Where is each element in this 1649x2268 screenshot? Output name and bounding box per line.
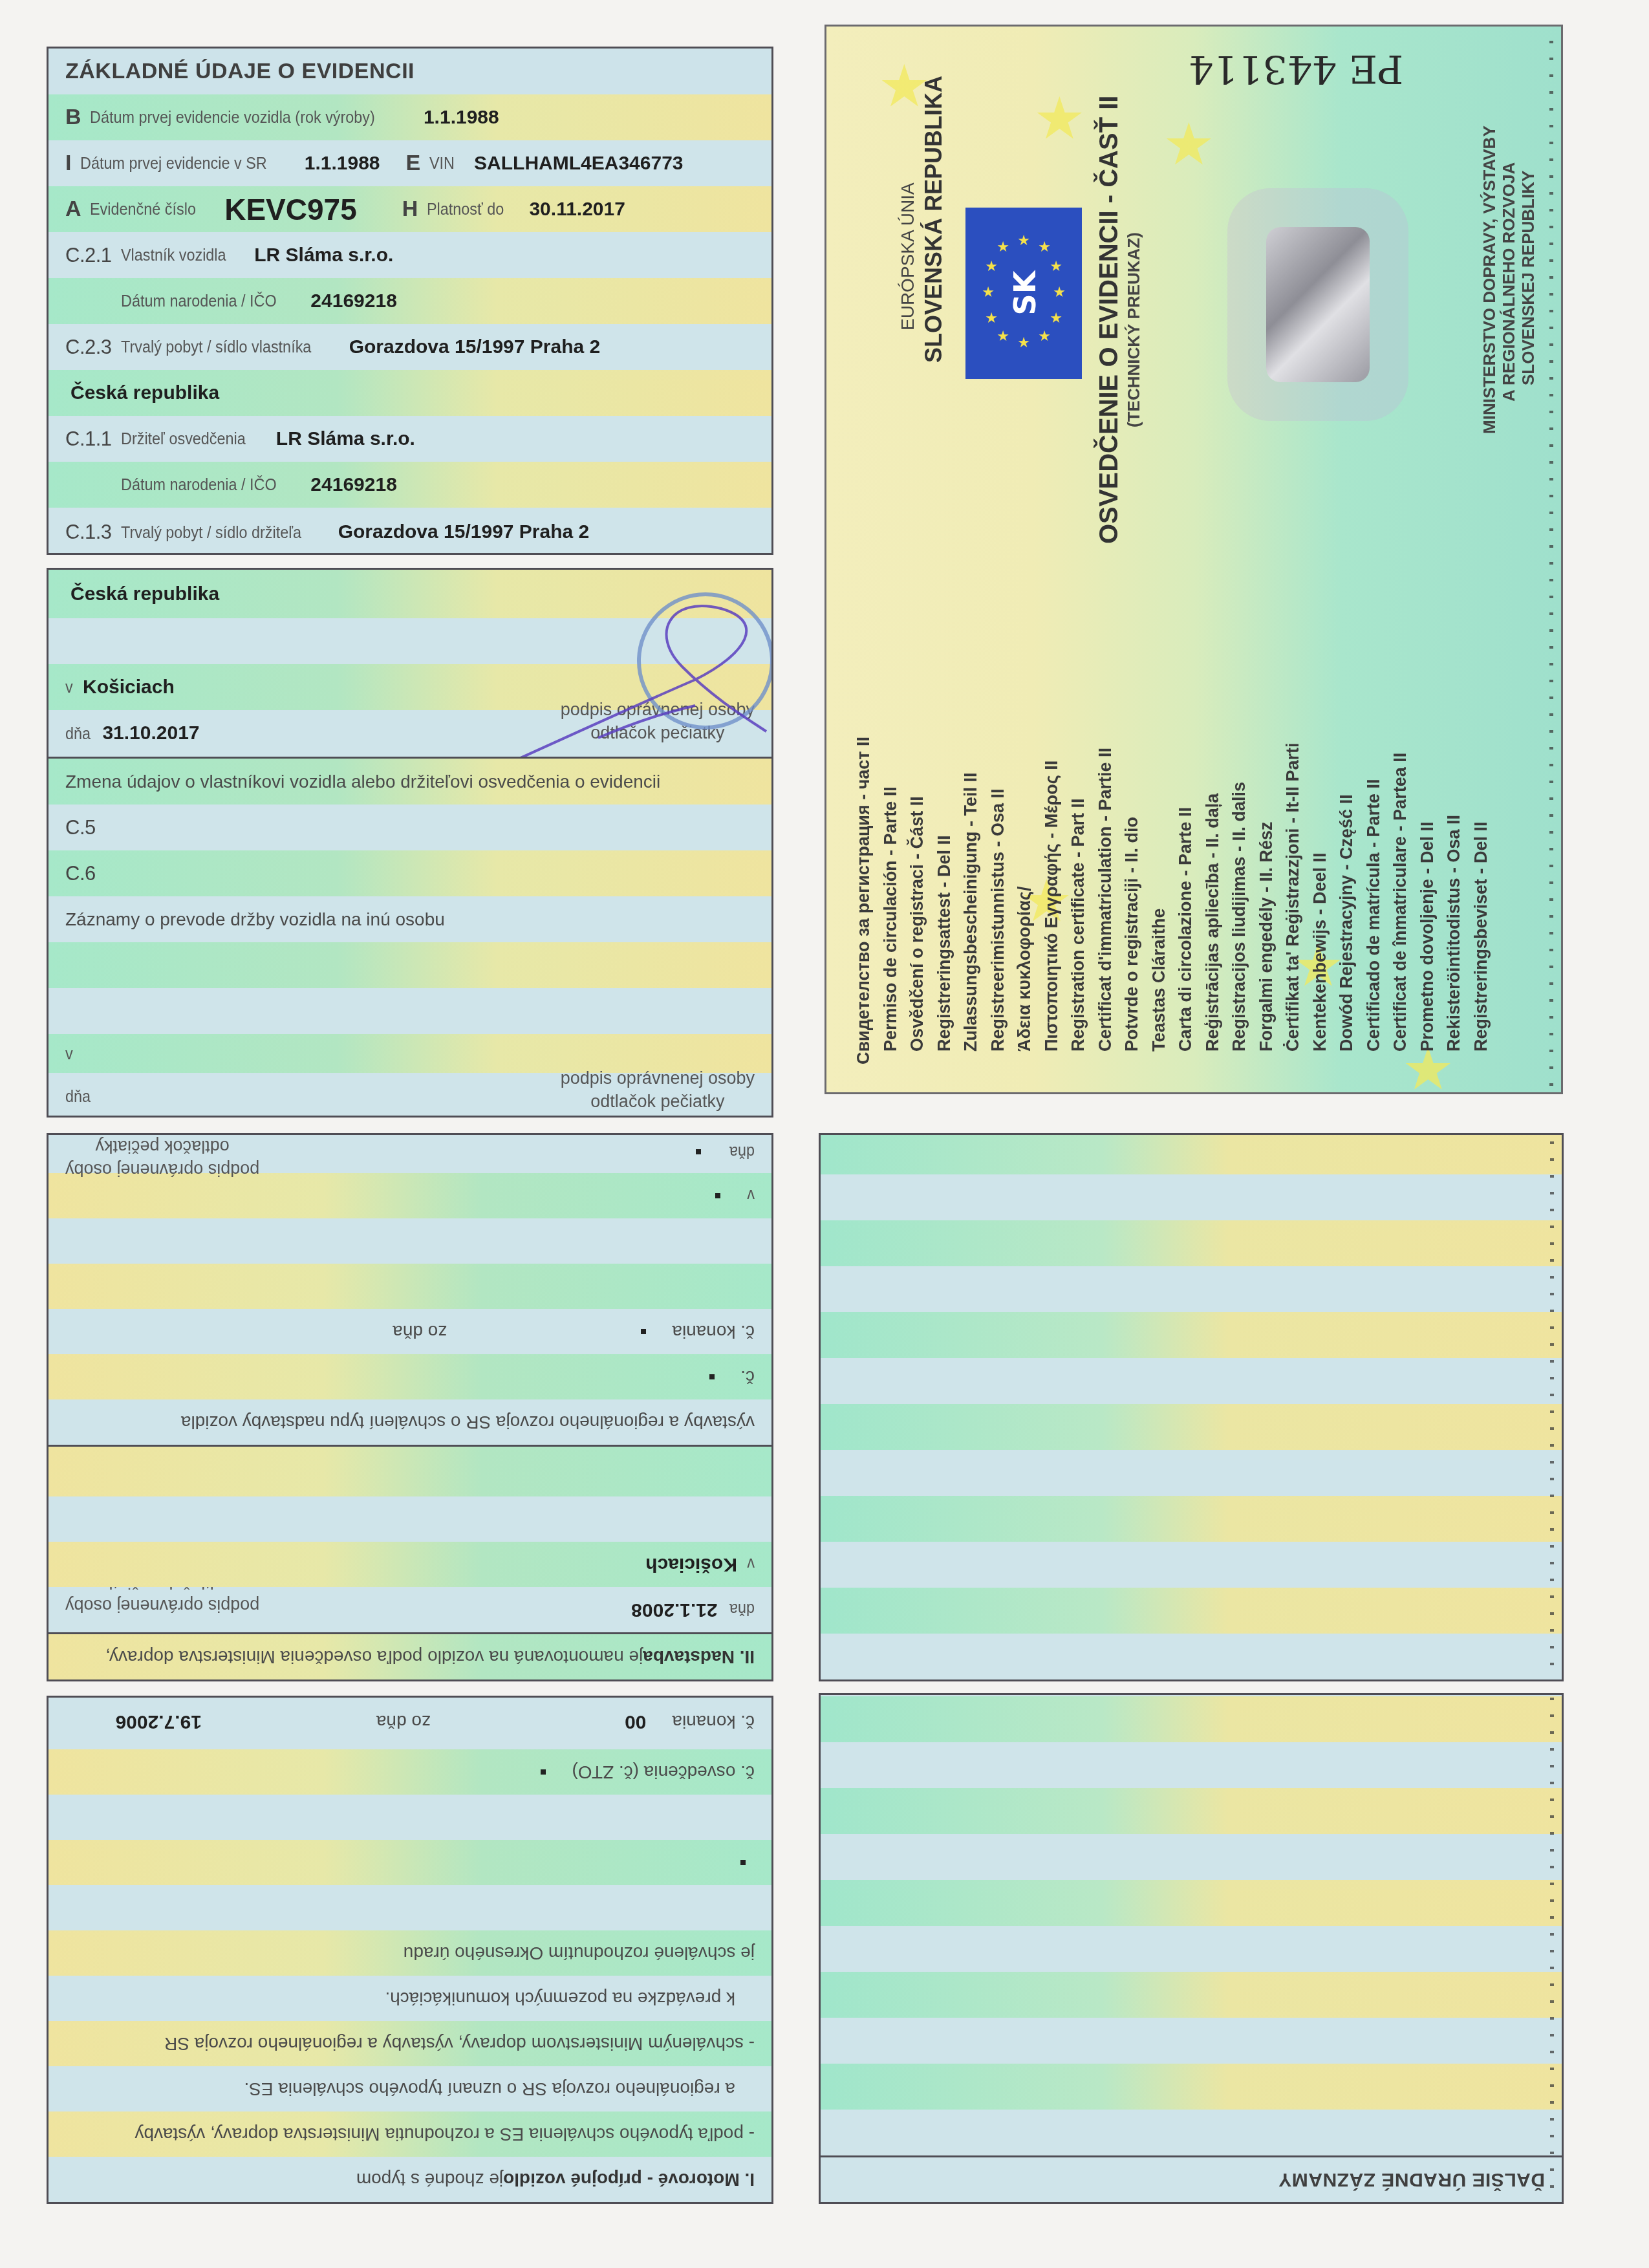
field-c13-row: C.1.3 Trvalý pobyt / sídlo držiteľa Gora… — [48, 508, 771, 555]
blank-record-row — [821, 1358, 1562, 1404]
svg-text:★: ★ — [997, 329, 1009, 345]
basic-data-header: ZÁKLADNÉ ÚDAJE O EVIDENCII — [48, 49, 771, 96]
stamp-line: odtlačok pečiatky — [561, 1090, 755, 1113]
approved-by: je schválené rozhodnutím Okresného úradu — [404, 1943, 755, 1963]
from-date-value: 19.7.2006 — [115, 1711, 201, 1733]
empty-value-marker — [709, 1374, 715, 1379]
nadstavba-place-row: v Košiciach — [48, 1542, 771, 1587]
nadstavba-line2: výstavby a regionálneho rozvoja SR o sch… — [181, 1412, 755, 1432]
nadstavba-empty-2 — [48, 1447, 771, 1496]
language-entry: Forgalmi engedély - II. Rész — [1256, 821, 1277, 1052]
owner-country: Česká republika — [70, 382, 219, 404]
other-records-panel-2: ĎALŠIE ÚRADNÉ ZÁZNAMY — [819, 1693, 1564, 2204]
language-entry: Свидетелство за регистрация - част II — [854, 737, 874, 1064]
language-entry: Ċertifikat ta' Reġistrazzjoni - It-II Pa… — [1283, 743, 1303, 1052]
language-entry: Carta di circolazione - Parte II — [1176, 807, 1196, 1052]
approved-row: je schválené rozhodnutím Okresného úradu — [48, 1930, 771, 1976]
type-empty-3 — [48, 1795, 771, 1840]
language-entry: Registreringsbeviset - Del II — [1471, 821, 1491, 1052]
blank-record-row — [821, 1312, 1562, 1358]
svg-text:★: ★ — [985, 259, 998, 275]
date-prefix: dňa — [729, 1600, 755, 1620]
nadstavba-empty-1 — [48, 1496, 771, 1542]
c6-row: C.6 — [48, 850, 771, 896]
field-code: C.2.3 — [65, 336, 112, 359]
blank-record-row — [821, 1972, 1562, 2018]
svg-text:SK: SK — [1008, 269, 1042, 315]
blank-record-row — [821, 1220, 1562, 1266]
field-code: C.1.3 — [65, 521, 112, 544]
cert-session-row: č. konania 00 zo dňa 19.7.2006 — [48, 1696, 771, 1749]
ministry-line-1: MINISTERSTVO DOPRAVY, VÝSTAVBY — [1480, 125, 1500, 434]
nadstavba-empty-4 — [48, 1218, 771, 1264]
svg-text:★: ★ — [1050, 259, 1062, 275]
language-entry: Registration certificate - Part II — [1068, 798, 1088, 1052]
blank-record-row — [821, 2064, 1562, 2110]
issue-date: 31.10.2017 — [102, 722, 199, 744]
bullet-2-cont: k prevádzke na pozemných komunikáciách. — [385, 1988, 735, 2009]
blank-record-row — [821, 1788, 1562, 1834]
signature-scribble — [501, 583, 773, 777]
blank-record-row — [821, 1404, 1562, 1450]
svg-text:★: ★ — [985, 310, 998, 327]
blank-record-row — [821, 1266, 1562, 1312]
signature-line: podpis oprávnenej osoby — [65, 1158, 259, 1182]
issue-change-panel: Česká republika v Košiciach dňa 31.10.20… — [47, 568, 773, 1118]
nadstavba-empty-3 — [48, 1264, 771, 1309]
language-entry: Dowód Rejestracyjny - Część II — [1337, 794, 1357, 1052]
first-registration-date: 1.1.1988 — [424, 107, 499, 129]
language-entry: Reģistrācijas apliecība - II. daļa — [1203, 794, 1223, 1052]
session-label: č. konania — [672, 1321, 755, 1342]
stamp-line: odtlačok pečiatky — [65, 1135, 259, 1158]
nadstavba-number-row: č. — [48, 1354, 771, 1399]
blank-record-row — [821, 1450, 1562, 1496]
language-entry: Rekisteröintitodistus - Osa II — [1444, 815, 1464, 1052]
blank-record-row — [821, 1588, 1562, 1634]
eu-flag-icon: ★★★ ★★★ ★★★ ★★★ SK — [965, 208, 1082, 379]
from-date-label: zo dňa — [393, 1321, 447, 1342]
field-code: C.2.1 — [65, 244, 112, 267]
field-c23-country-row: Česká republika — [48, 370, 771, 416]
language-entry: Πιστοποιητικό Εγγραφής - Μέρος II — [1042, 761, 1062, 1052]
language-entry: Teastas Cláraithe — [1149, 908, 1169, 1052]
field-label: Trvalý pobyt / sídlo vlastníka — [121, 337, 311, 357]
eu-star-icon: ★ — [1033, 85, 1086, 153]
blank-record-row — [821, 1693, 1562, 1696]
svg-text:★: ★ — [1038, 239, 1051, 255]
language-entry: Registreringsattest - Del II — [934, 835, 954, 1052]
blank-record-row — [821, 1133, 1562, 1174]
date-prefix: dňa — [65, 1086, 91, 1107]
svg-text:★: ★ — [982, 285, 995, 301]
svg-text:★: ★ — [997, 239, 1009, 255]
language-entry: Potvrde o registraciji - II. dio — [1122, 817, 1142, 1052]
transfer-signature-label: podpis oprávnenej osoby odtlačok pečiatk… — [561, 1066, 755, 1113]
from-date-label: zo dňa — [376, 1711, 431, 1732]
language-entry: Certificat d'immatriculation - Partie II — [1095, 748, 1115, 1052]
field-c11-row: C.1.1 Držiteľ osvedčenia LR Sláma s.r.o. — [48, 416, 771, 462]
holder-id: 24169218 — [310, 474, 396, 496]
serial-number: PE 443114 — [1189, 46, 1403, 91]
blank-record-row — [821, 1634, 1562, 1679]
type-heading-row: I. Motorové - prípojné vozidlo je zhodné… — [48, 2157, 771, 2202]
nadstavba-place: Košiciach — [645, 1553, 737, 1575]
language-entry: Prometno dovoljenje - Del II — [1417, 821, 1438, 1052]
field-code: B — [65, 105, 81, 130]
country-label: SLOVENSKÁ REPUBLIKA — [920, 76, 947, 363]
bullet2-row: - schváleným Ministerstvom dopravy, výst… — [48, 2021, 771, 2066]
type-empty-2 — [48, 1840, 771, 1885]
blank-record-row — [821, 1834, 1562, 1880]
svg-text:★: ★ — [1017, 335, 1030, 351]
language-entry: Registracijos liudijimas - II. dalis — [1229, 782, 1249, 1052]
field-c22-row: Dátum narodenia / IČO 24169218 — [48, 278, 771, 324]
basic-data-panel: ZÁKLADNÉ ÚDAJE O EVIDENCII B Dátum prvej… — [47, 47, 773, 555]
perforation-edge — [1550, 1135, 1554, 1679]
change-title-row: Zmena údajov o vlastníkovi vozidla alebo… — [48, 759, 771, 805]
date-prefix: dňa — [729, 1142, 755, 1162]
language-entry: Zulassungsbescheinigung - Teil II — [961, 772, 981, 1052]
bullet2b-row: k prevádzke na pozemných komunikáciách. — [48, 1976, 771, 2021]
field-c12-row: Dátum narodenia / IČO 24169218 — [48, 462, 771, 508]
language-entry: Certificat de înmatriculare - Partea II — [1390, 753, 1410, 1052]
language-entry: Certificado de matrícula - Parte II — [1364, 779, 1384, 1052]
field-label: Evidenčné číslo — [90, 199, 196, 219]
basic-data-title: ZÁKLADNÉ ÚDAJE O EVIDENCII — [65, 59, 415, 84]
first-registration-sr-date: 1.1.1988 — [305, 153, 380, 175]
blank-record-row — [821, 2110, 1562, 2155]
vehicle-type-panel: I. Motorové - prípojné vozidlo je zhodné… — [47, 1696, 773, 2204]
blank-record-row — [821, 2018, 1562, 2064]
bullet1-row: - podľa typového schválenia ES a rozhodn… — [48, 2111, 771, 2157]
nadstavba-line2-row: výstavby a regionálneho rozvoja SR o sch… — [48, 1399, 771, 1445]
cert-number-row: č. osvedčenia (č. ZTO) — [48, 1749, 771, 1795]
blank-record-row — [821, 1174, 1562, 1220]
place-prefix: v — [65, 1044, 73, 1064]
type-heading: I. Motorové - prípojné vozidlo — [503, 2169, 755, 2190]
document-title: OSVEDČENIE O EVIDENCII - ČASŤ II — [1095, 96, 1124, 544]
other-records-title: ĎALŠIE ÚRADNÉ ZÁZNAMY — [1278, 2169, 1545, 2191]
bullet-1-cont: a regionálneho rozvoja SR o uznaní typov… — [244, 2079, 735, 2099]
vin-value: SALLHAML4EA346773 — [474, 153, 683, 175]
nadstavba-heading: II. Nadstavba — [643, 1647, 755, 1667]
union-label: EURÓPSKA ÚNIA — [898, 182, 918, 330]
svg-text:★: ★ — [1050, 310, 1062, 327]
document-subtitle: (TECHNICKÝ PREUKAZ) — [1124, 232, 1144, 427]
holder-name: LR Sláma s.r.o. — [276, 428, 415, 450]
svg-text:★: ★ — [1053, 285, 1066, 301]
blank-record-row — [821, 1880, 1562, 1926]
empty-value-marker — [641, 1329, 646, 1334]
owner-name: LR Sláma s.r.o. — [254, 244, 393, 266]
owner-address: Gorazdova 15/1997 Praha 2 — [349, 336, 601, 358]
field-label: Držiteľ osvedčenia — [121, 429, 246, 449]
field-b-row: B Dátum prvej evidencie vozidla (rok výr… — [48, 94, 771, 140]
issue-country: Česká republika — [70, 583, 219, 605]
body-mounting-panel: II. Nadstavba je namontovaná na vozidlo … — [47, 1133, 773, 1681]
field-code: A — [65, 197, 81, 222]
svg-text:★: ★ — [1038, 329, 1051, 345]
blank-record-row — [821, 1926, 1562, 1972]
empty-value-marker — [541, 1769, 546, 1775]
field-code: C.1.1 — [65, 427, 112, 451]
date-prefix: dňa — [65, 724, 91, 744]
field-label: Dátum narodenia / IČO — [121, 291, 277, 311]
divider — [48, 1445, 771, 1447]
language-entry: Άδεια κυκλοφορίας/ — [1015, 887, 1035, 1052]
bullet-1: - podľa typového schválenia ES a rozhodn… — [135, 2124, 755, 2144]
session-value: 00 — [625, 1711, 646, 1733]
field-code-c6: C.6 — [65, 862, 96, 885]
language-entry: Kentekenbewijs - Deel II — [1310, 852, 1330, 1052]
change-title: Zmena údajov o vlastníkovi vozidla alebo… — [65, 772, 660, 792]
blank-record-row — [821, 1742, 1562, 1788]
nadstavba-signature-label-2: podpis oprávnenej osoby odtlačok pečiatk… — [65, 1135, 259, 1182]
field-code: I — [65, 151, 71, 176]
perforation-edge — [1549, 27, 1553, 1092]
field-label: Dátum prvej evidencie vozidla (rok výrob… — [90, 107, 375, 127]
language-entry: Osvědčení o registraci - Část II — [907, 796, 927, 1052]
c5-row: C.5 — [48, 805, 771, 850]
transfer-title-row: Záznamy o prevode držby vozidla na inú o… — [48, 896, 771, 942]
number-label: č. — [740, 1366, 755, 1387]
divider — [48, 1632, 771, 1634]
nadstavba-heading-row: II. Nadstavba je namontovaná na vozidlo … — [48, 1634, 771, 1679]
blank-record-row — [821, 1696, 1562, 1742]
field-label: Platnosť do — [427, 199, 504, 219]
empty-value-marker — [696, 1150, 701, 1155]
signature-line: podpis oprávnenej osoby — [65, 1594, 259, 1617]
hologram-icon — [1266, 227, 1370, 382]
nadstavba-heading-rest: je namontovaná na vozidlo podľa osvedčen… — [105, 1647, 643, 1667]
ministry-line-3: SLOVENSKEJ REPUBLIKY — [1518, 171, 1538, 385]
field-c23-row: C.2.3 Trvalý pobyt / sídlo vlastníka Gor… — [48, 324, 771, 370]
bullet1b-row: a regionálneho rozvoja SR o uznaní typov… — [48, 2066, 771, 2111]
eu-star-icon: ★ — [1163, 111, 1215, 178]
empty-value-marker — [740, 1860, 746, 1865]
field-code: E — [406, 151, 420, 176]
type-heading-rest: je zhodné s typom — [356, 2169, 503, 2190]
type-empty-1 — [48, 1885, 771, 1930]
eu-stars-circle-icon: ★★★ ★★★ ★★★ ★★★ SK — [965, 208, 1082, 379]
svg-text:★: ★ — [1017, 233, 1030, 249]
place-prefix: v — [747, 1555, 755, 1575]
other-records-panel-1 — [819, 1133, 1564, 1681]
perforation-edge — [1550, 1695, 1554, 2202]
language-entry: Registreerimistunnistus - Osa II — [988, 788, 1008, 1052]
nadstavba-session-row: č. konania zo dňa — [48, 1309, 771, 1354]
valid-until: 30.11.2017 — [529, 199, 625, 221]
field-c21-row: C.2.1 Vlastník vozidla LR Sláma s.r.o. — [48, 232, 771, 278]
language-entry: Permiso de circulación - Parte II — [881, 786, 901, 1052]
signature-line: podpis oprávnenej osoby — [561, 1066, 755, 1090]
ministry-line-2: A REGIONÁLNEHO ROZVOJA — [1499, 162, 1519, 402]
issue-place: Košiciach — [83, 676, 175, 698]
field-i-e-row: I Dátum prvej evidencie v SR 1.1.1988 E … — [48, 140, 771, 186]
cert-number-label: č. osvedčenia (č. ZTO) — [572, 1762, 755, 1782]
field-label: Vlastník vozidla — [121, 245, 226, 265]
session-label: č. konania — [672, 1711, 755, 1732]
transfer-row-2 — [48, 988, 771, 1034]
field-code: H — [402, 197, 418, 222]
field-a-h-row: A Evidenčné číslo KEVC975 H Platnosť do … — [48, 186, 771, 232]
empty-value-marker — [715, 1193, 720, 1198]
bullet-2: - schváleným Ministerstvom dopravy, výst… — [164, 2033, 755, 2054]
place-prefix: v — [747, 1186, 755, 1206]
owner-id: 24169218 — [310, 290, 396, 312]
nadstavba-date: 21.1.2008 — [631, 1599, 717, 1621]
field-label: VIN — [429, 153, 455, 173]
blank-record-row — [821, 1542, 1562, 1588]
field-label: Dátum prvej evidencie v SR — [80, 153, 267, 173]
place-prefix: v — [65, 677, 73, 697]
field-code-c5: C.5 — [65, 816, 96, 839]
registration-number: KEVC975 — [224, 192, 357, 227]
transfer-title: Záznamy o prevode držby vozidla na inú o… — [65, 909, 445, 930]
field-label: Trvalý pobyt / sídlo držiteľa — [121, 523, 301, 543]
holder-address: Gorazdova 15/1997 Praha 2 — [338, 521, 590, 543]
transfer-row-1 — [48, 942, 771, 988]
document-cover: ★ ★ ★ ★ ★ ★ EURÓPSKA ÚNIA SLOVENSKÁ REPU… — [824, 25, 1563, 1094]
field-label: Dátum narodenia / IČO — [121, 475, 277, 495]
blank-record-row — [821, 1496, 1562, 1542]
other-records-header-row: ĎALŠIE ÚRADNÉ ZÁZNAMY — [821, 2155, 1562, 2202]
